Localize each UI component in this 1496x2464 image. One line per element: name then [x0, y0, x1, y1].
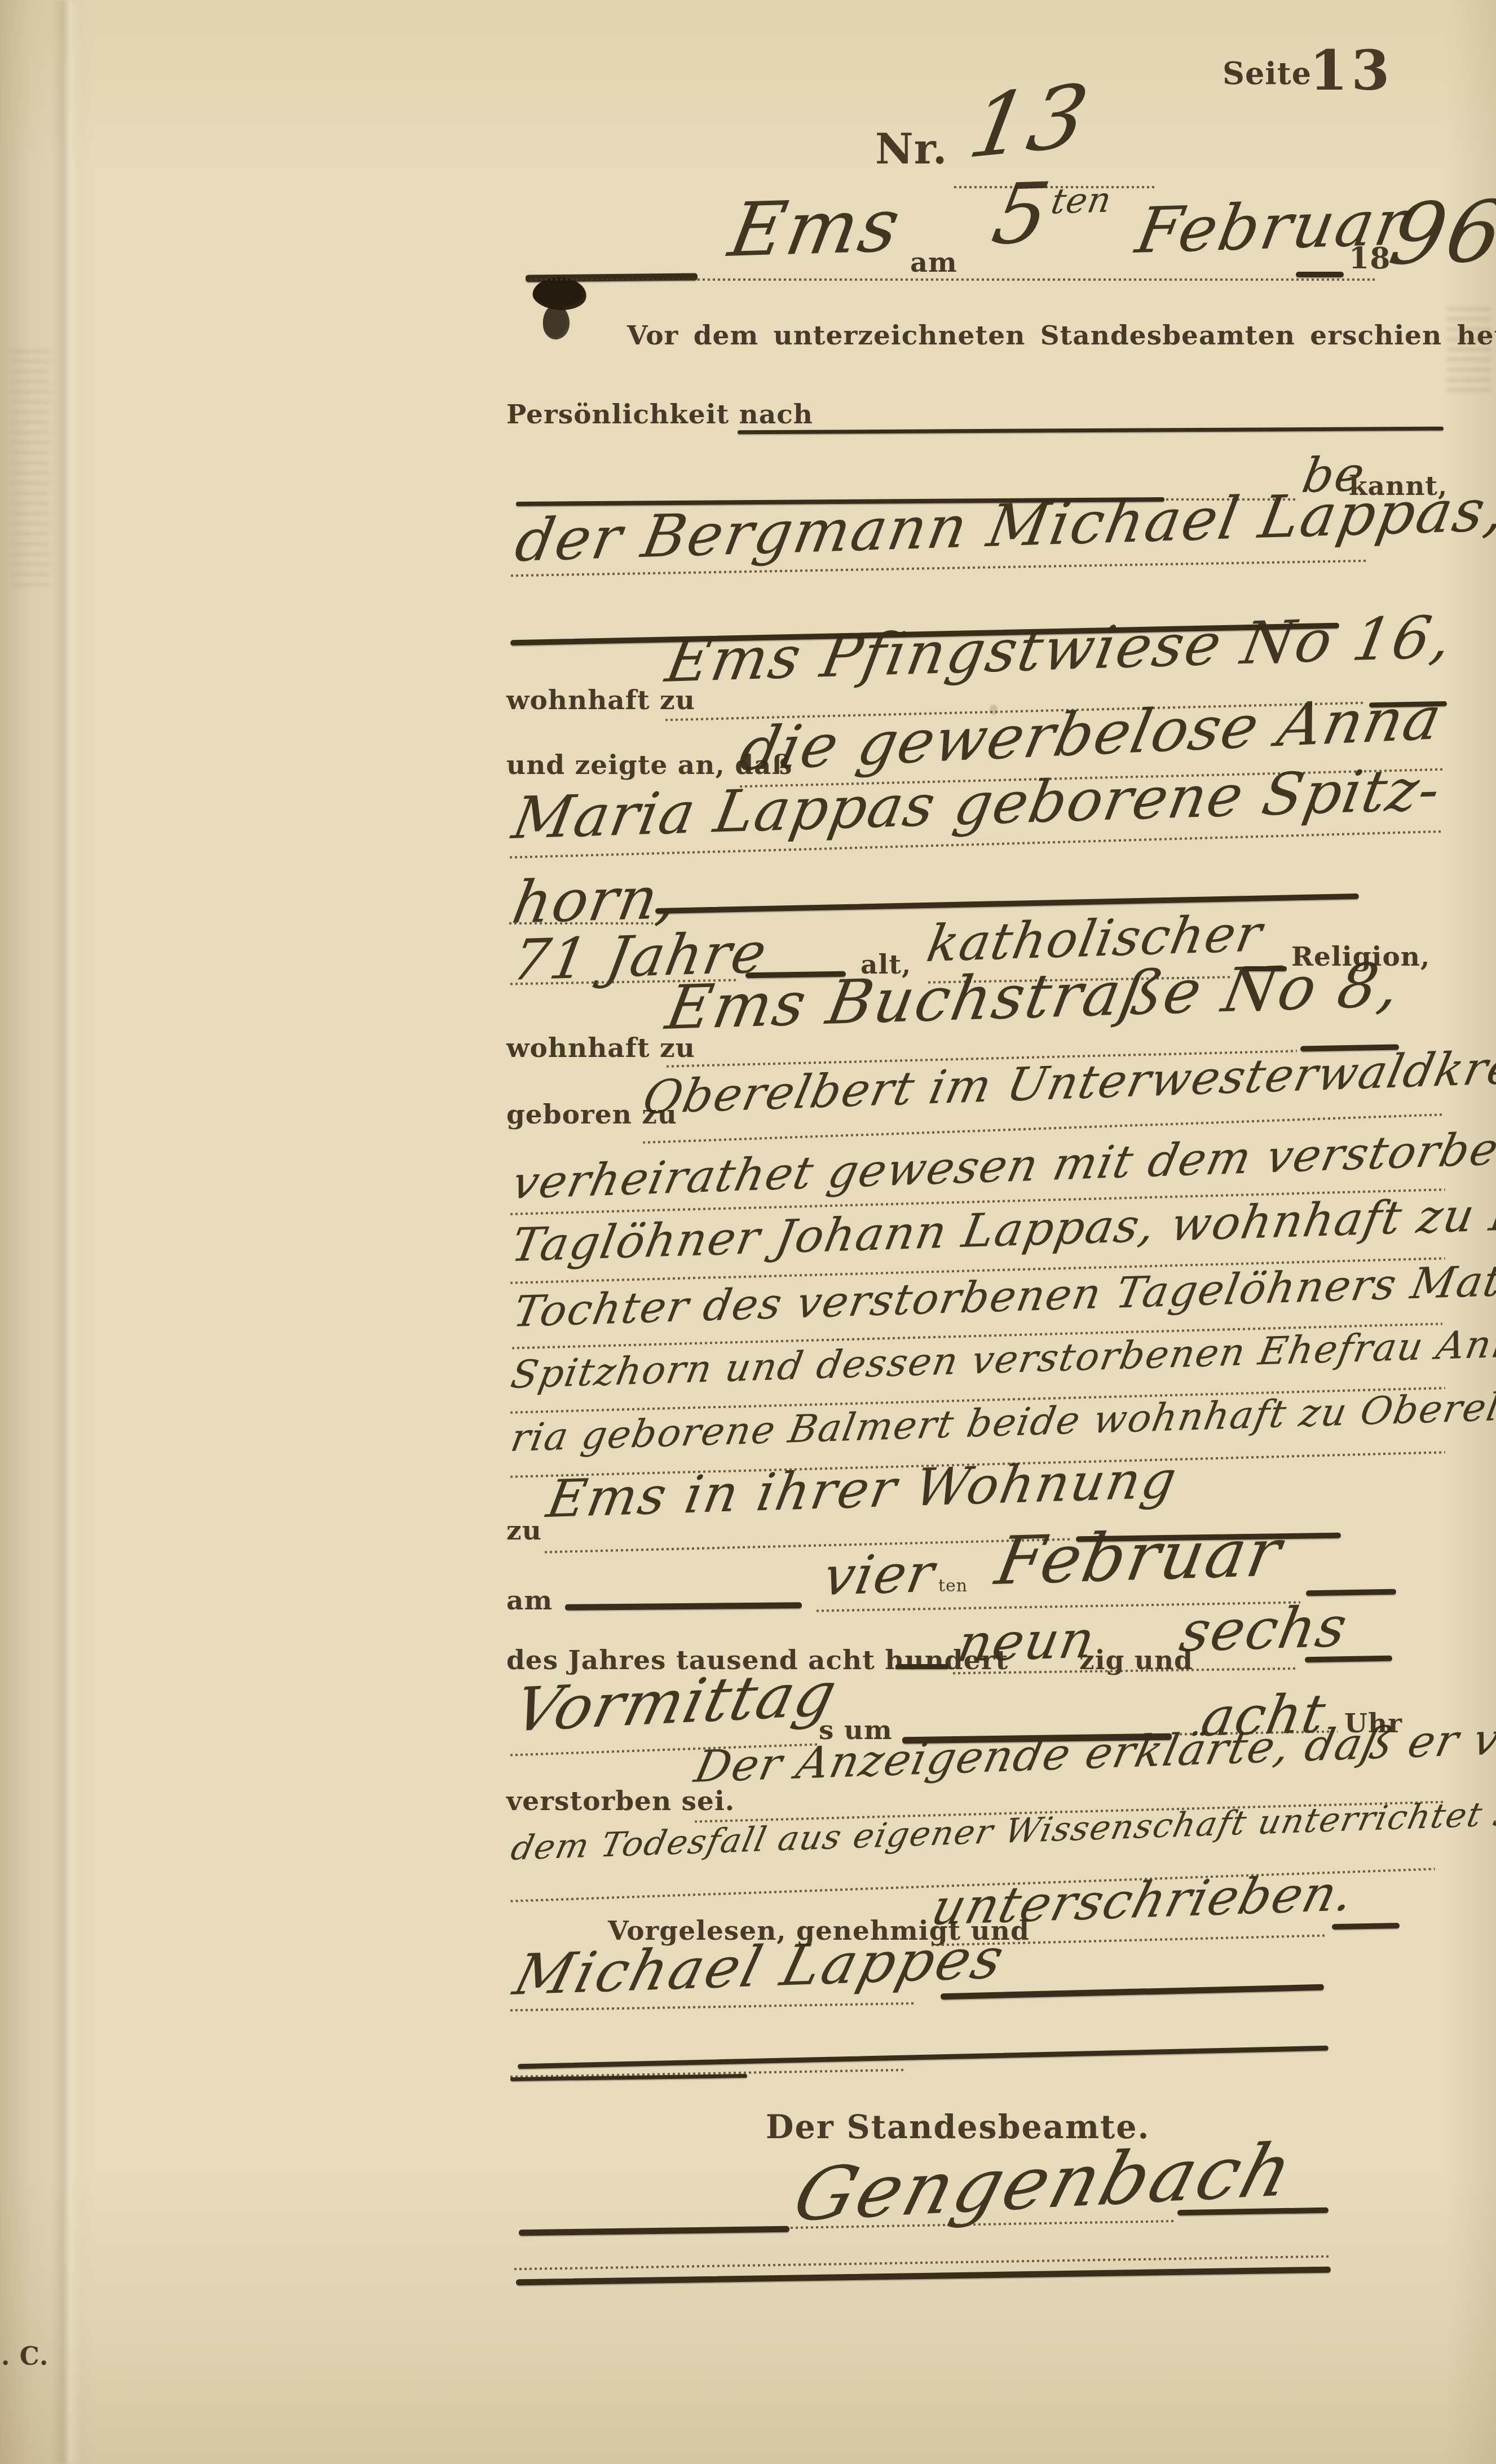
death-month-handwritten: Februar [990, 1513, 1288, 1600]
section-rule [518, 2046, 1329, 2069]
deceased-residence-handwritten: Ems Buchstraße No 8, [661, 950, 1407, 1043]
death-date-am-label: am [506, 1585, 553, 1616]
ink-dash [565, 1602, 802, 1611]
birthplace-handwritten: Oberelbert im Unterwesterwaldkreis, [638, 1039, 1496, 1125]
page-number: 13 [1309, 38, 1393, 103]
death-day-suffix-printed: ten [938, 1576, 968, 1596]
ink-dash [895, 1664, 949, 1669]
persoenlichkeit-label: Persönlichkeit nach [506, 399, 813, 430]
intro-line: Vor dem unterzeichneten Standesbeamten e… [627, 320, 1496, 351]
record-number-handwritten: 13 [961, 65, 1097, 178]
blank-line [545, 1538, 1070, 1554]
ink-dash [1296, 272, 1344, 277]
death-day-handwritten: vier [819, 1542, 940, 1608]
death-register-page: Seite 13 Nr. 13 Ems am 5ten Februar 18 9… [0, 0, 1496, 2464]
ink-dash [941, 1984, 1324, 2000]
death-place-handwritten: Ems in ihrer Wohnung [542, 1449, 1182, 1529]
parents-line3-handwritten: ria geborene Balmert beide wohnhaft zu O… [508, 1382, 1496, 1461]
dateline-year-handwritten: 96 [1383, 183, 1496, 284]
residence-handwritten: Ems Pfingstwiese No 16, [661, 603, 1459, 696]
dateline-am-label: am [910, 247, 957, 278]
bleed-through-smudge [11, 350, 51, 586]
record-number-label: Nr. [875, 125, 948, 174]
paper-crease [52, 0, 81, 2464]
dateline-day-number: 5 [986, 165, 1058, 263]
blank-line [530, 278, 1376, 281]
ink-dash [519, 2226, 789, 2236]
death-place-label: zu [506, 1515, 542, 1546]
page-label: Seite [1223, 55, 1312, 91]
death-year-hw1: neun [953, 1609, 1100, 1674]
death-year-hw2: sechs [1175, 1594, 1353, 1665]
ink-dash [1305, 1656, 1392, 1663]
dateline-day-suffix: ten [1048, 179, 1115, 222]
declarant-signature: Michael Lappes [508, 1925, 1012, 2008]
bottom-left-mark: . C. [1, 2342, 48, 2371]
dateline-place-handwritten: Ems [723, 182, 908, 274]
blank-rule [738, 427, 1444, 435]
dateline-day-handwritten: 5ten [986, 163, 1118, 263]
final-rule [516, 2267, 1331, 2286]
ink-dash [1332, 1923, 1400, 1930]
